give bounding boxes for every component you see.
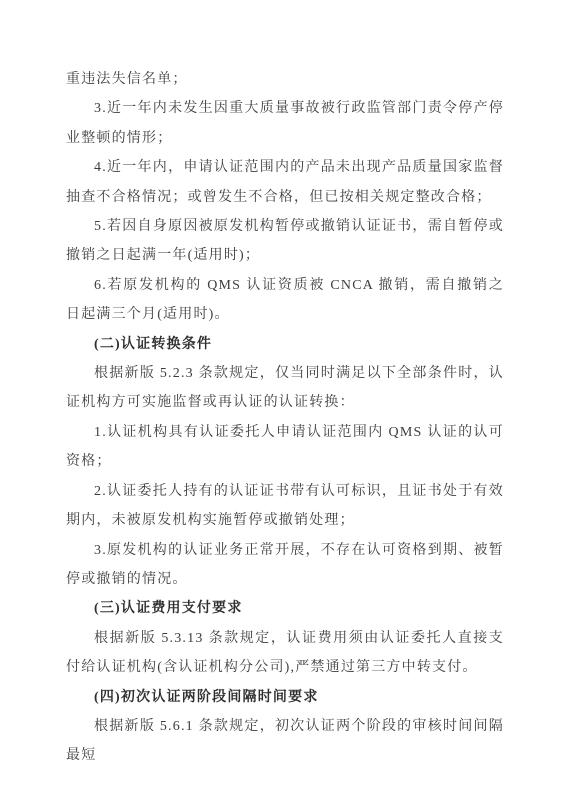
paragraph: 根据新版 5.6.1 条款规定，初次认证两个阶段的审核时间间隔最短 bbox=[66, 712, 504, 771]
section-heading: (二)认证转换条件 bbox=[66, 330, 504, 359]
paragraph: 1.认证机构具有认证委托人申请认证范围内 QMS 认证的认可资格； bbox=[66, 418, 504, 477]
paragraph: 3.近一年内未发生因重大质量事故被行政监管部门责令停产停业整顿的情形； bbox=[66, 94, 504, 153]
paragraph: 3.原发机构的认证业务正常开展，不存在认可资格到期、被暂停或撤销的情况。 bbox=[66, 536, 504, 595]
paragraph: 5.若因自身原因被原发机构暂停或撤销认证证书，需自暂停或撤销之日起满一年(适用时… bbox=[66, 212, 504, 271]
paragraph: 2.认证委托人持有的认证证书带有认可标识，且证书处于有效期内，未被原发机构实施暂… bbox=[66, 477, 504, 536]
section-heading: (四)初次认证两阶段间隔时间要求 bbox=[66, 683, 504, 712]
paragraph: 4.近一年内，申请认证范围内的产品未出现产品质量国家监督抽查不合格情况；或曾发生… bbox=[66, 153, 504, 212]
section-heading: (三)认证费用支付要求 bbox=[66, 594, 504, 623]
paragraph: 6.若原发机构的 QMS 认证资质被 CNCA 撤销，需自撤销之日起满三个月(适… bbox=[66, 271, 504, 330]
document-body: 重违法失信名单；3.近一年内未发生因重大质量事故被行政监管部门责令停产停业整顿的… bbox=[66, 65, 504, 771]
paragraph: 根据新版 5.2.3 条款规定，仅当同时满足以下全部条件时，认证机构方可实施监督… bbox=[66, 359, 504, 418]
document-page: 重违法失信名单；3.近一年内未发生因重大质量事故被行政监管部门责令停产停业整顿的… bbox=[0, 0, 566, 800]
paragraph: 根据新版 5.3.13 条款规定，认证费用须由认证委托人直接支付给认证机构(含认… bbox=[66, 624, 504, 683]
paragraph: 重违法失信名单； bbox=[66, 65, 504, 94]
